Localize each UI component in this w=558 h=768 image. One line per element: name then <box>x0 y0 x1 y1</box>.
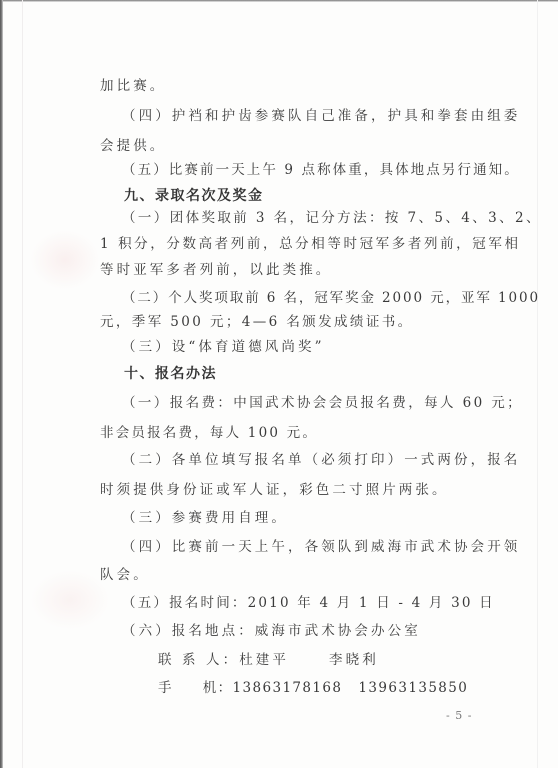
paragraph-line: （一）报名费：中国武术协会会员报名费，每人 60 元； <box>122 393 523 413</box>
paragraph-line: （一）团体奖取前 3 名，记分方法：按 7、5、4、3、2、 <box>122 208 542 228</box>
paragraph-line: 队会。 <box>100 565 150 585</box>
paper-fold-line <box>22 0 23 768</box>
contact-person-1: 杜建平 <box>239 652 289 668</box>
paragraph-line: （四）比赛前一天上午，各领队到威海市武术协会开领 <box>122 537 520 557</box>
paper-fold-line-right <box>537 0 538 768</box>
paragraph-line: 时须提供身份证或军人证，彩色二寸照片两张。 <box>100 480 449 500</box>
paragraph-line: （三）设“体育道德风尚奖” <box>122 337 325 357</box>
paragraph-line: 会提供。 <box>100 136 166 156</box>
contact-persons-line: 联 系 人：杜建平李晓利 <box>158 650 379 670</box>
paragraph-line: （二）各单位填写报名单（必须打印）一式两份，报名 <box>122 450 520 470</box>
contact-person-label: 联 系 人： <box>158 652 239 668</box>
contact-person-2: 李晓利 <box>329 652 379 668</box>
section-heading: 九、录取名次及奖金 <box>124 186 264 206</box>
phone-2: 13963135850 <box>358 680 468 696</box>
paragraph-line: 等时亚军多者列前，以此类推。 <box>100 260 332 280</box>
paragraph-line: 加比赛。 <box>100 76 166 96</box>
paragraph-line: （三）参赛费用自理。 <box>122 508 288 528</box>
paper-stain <box>30 230 100 290</box>
scan-edge-top <box>0 0 558 2</box>
paragraph-line: 元，季军 500 元；4—6 名颁发成绩证书。 <box>100 312 414 332</box>
paragraph-line: （五）报名时间：2010 年 4 月 1 日 - 4 月 30 日 <box>122 593 495 613</box>
paragraph-line: （四）护裆和护齿参赛队自己准备，护具和拳套由组委 <box>122 106 520 126</box>
section-heading: 十、报名办法 <box>124 364 217 384</box>
paragraph-line: 非会员报名费，每人 100 元。 <box>100 423 318 443</box>
contact-phones-line: 手 机：1386317816813963135850 <box>158 678 468 698</box>
paragraph-line: （二）个人奖项取前 6 名，冠军奖金 2000 元，亚军 1000 <box>122 288 540 308</box>
paper-stain <box>30 570 110 630</box>
phone-label: 手 机： <box>158 680 233 696</box>
paragraph-line: 1 积分，分数高者列前，总分相等时冠军多者列前，冠军相 <box>100 234 521 254</box>
page-number: - 5 - <box>446 709 472 722</box>
paragraph-line: （六）报名地点：威海市武术协会办公室 <box>122 621 421 641</box>
scan-edge-left <box>0 0 3 768</box>
phone-1: 13863178168 <box>233 680 343 696</box>
paragraph-line: （五）比赛前一天上午 9 点称体重，具体地点另行通知。 <box>122 160 520 180</box>
